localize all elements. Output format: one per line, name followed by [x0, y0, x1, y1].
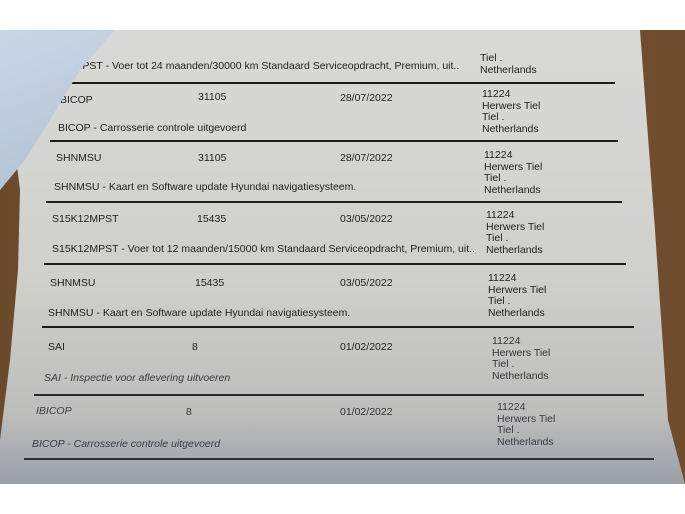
- address-country: Netherlands: [486, 245, 544, 257]
- entry-date: 01/02/2022: [340, 341, 393, 353]
- entry-address: 11224 Herwers Tiel Tiel . Netherlands: [482, 89, 540, 135]
- entry-address: 11224 Herwers Tiel Tiel . Netherlands: [484, 150, 542, 196]
- address-country: Netherlands: [482, 124, 540, 136]
- entry-mileage: 15435: [197, 213, 226, 225]
- entry-address: 11224 Herwers Tiel Tiel . Netherlands: [486, 210, 544, 256]
- entry-mileage: 15435: [195, 277, 224, 289]
- row-divider: [70, 82, 615, 84]
- entry-description: BICOP - Carrosserie controle uitgevoerd: [32, 438, 220, 450]
- entry-description: SHNMSU - Kaart en Software update Hyunda…: [54, 181, 356, 193]
- address-city: Tiel .: [492, 359, 550, 371]
- address-country: Netherlands: [492, 371, 550, 383]
- address-country: Netherlands: [497, 437, 555, 449]
- entry-address: 11224 Herwers Tiel Tiel . Netherlands: [497, 402, 555, 448]
- address-dealer-code: 11224: [488, 273, 546, 285]
- address-dealer-code: 11224: [486, 210, 544, 222]
- entry-mileage: 31105: [198, 152, 226, 164]
- address-country: Netherlands: [480, 65, 537, 77]
- address-dealer-code: 11224: [484, 150, 542, 162]
- entry-mileage: 8: [186, 406, 192, 418]
- entry-code: S15K12MPST: [52, 213, 119, 225]
- entry-mileage: 8: [192, 341, 198, 353]
- entry-address: 11224 Herwers Tiel Tiel . Netherlands: [492, 336, 550, 382]
- entry-date: 01/02/2022: [340, 406, 393, 418]
- entry-description: 24MPST - Voer tot 24 maanden/30000 km St…: [62, 60, 459, 72]
- row-divider: [46, 201, 622, 203]
- row-divider: [34, 394, 644, 396]
- document-photo: 24MPST - Voer tot 24 maanden/30000 km St…: [0, 30, 685, 484]
- address-country: Netherlands: [484, 185, 542, 197]
- entry-date: 03/05/2022: [340, 213, 393, 225]
- entry-description: SHNMSU - Kaart en Software update Hyunda…: [48, 307, 350, 319]
- entry-mileage: 31105: [198, 91, 226, 103]
- address-country: Netherlands: [488, 308, 546, 320]
- address-dealer-code: 11224: [497, 402, 555, 414]
- address-city: Tiel .: [488, 296, 546, 308]
- entry-code: SHNMSU: [50, 277, 96, 289]
- entry-description: S15K12MPST - Voer tot 12 maanden/15000 k…: [52, 243, 475, 255]
- address-city: Tiel .: [482, 112, 540, 124]
- entry-description: BICOP - Carrosserie controle uitgevoerd: [58, 122, 246, 134]
- entry-code: BICOP: [60, 94, 93, 106]
- service-history-sheet: 24MPST - Voer tot 24 maanden/30000 km St…: [0, 30, 685, 484]
- row-divider: [50, 140, 618, 142]
- entry-code: SAI: [48, 341, 65, 353]
- entry-description: SAI - Inspectie voor aflevering uitvoere…: [44, 372, 230, 384]
- entry-address: 11224 Herwers Tiel Tiel . Netherlands: [488, 273, 546, 319]
- address-dealer-code: 11224: [482, 89, 540, 101]
- address-city: Tiel .: [480, 53, 537, 65]
- entry-address: Tiel . Netherlands: [480, 53, 537, 76]
- entry-date: 28/07/2022: [340, 152, 393, 164]
- address-city: Tiel .: [484, 173, 542, 185]
- address-city: Tiel .: [486, 233, 544, 245]
- row-divider: [24, 458, 654, 460]
- entry-code: IBICOP: [36, 405, 72, 417]
- entry-date: 28/07/2022: [340, 92, 393, 104]
- entry-date: 03/05/2022: [340, 277, 393, 289]
- address-city: Tiel .: [497, 425, 555, 437]
- row-divider: [44, 263, 626, 265]
- address-dealer-code: 11224: [492, 336, 550, 348]
- entry-code: SHNMSU: [56, 152, 102, 164]
- row-divider: [42, 326, 634, 328]
